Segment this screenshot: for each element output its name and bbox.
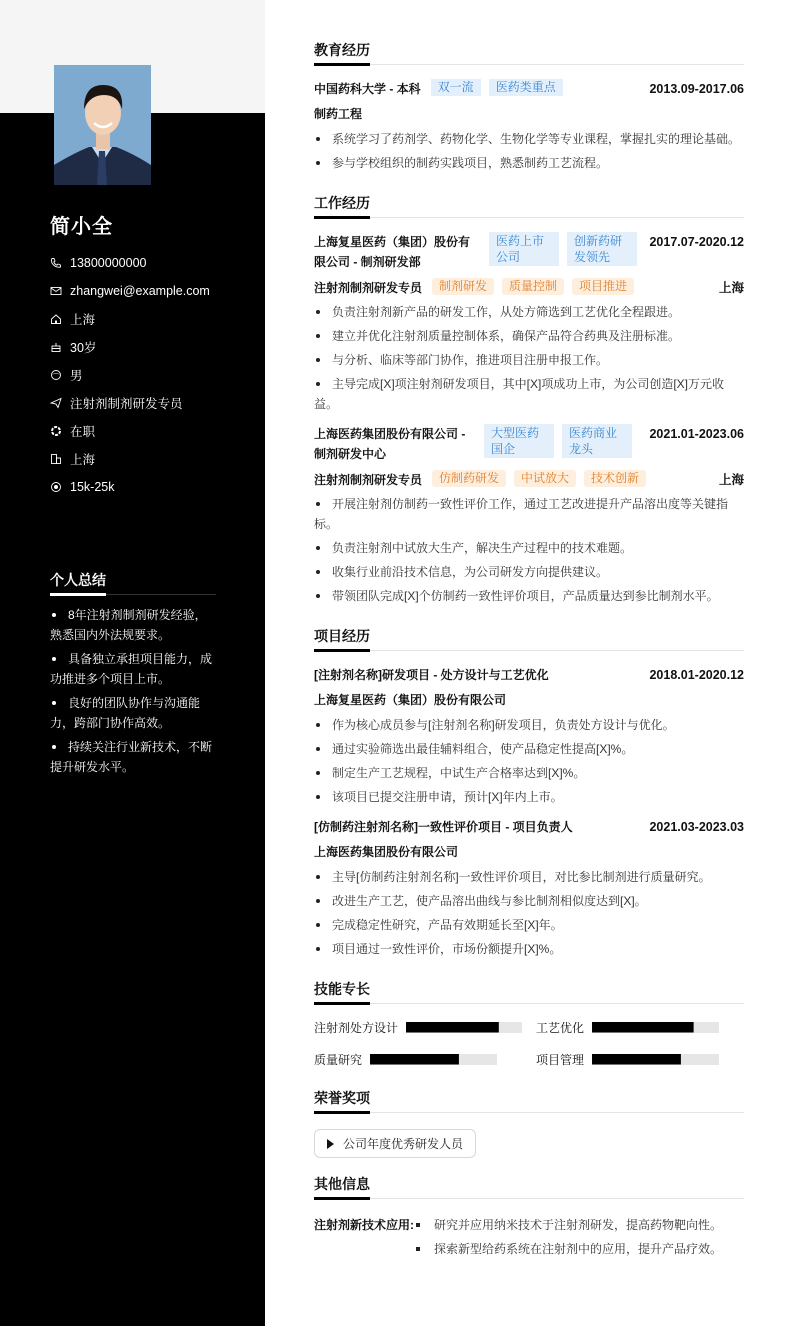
role-tag: 仿制药研发 bbox=[432, 470, 506, 487]
info-position-value: 注射剂制剂研发专员 bbox=[70, 394, 183, 412]
section-divider bbox=[314, 650, 744, 651]
role-tag: 中试放大 bbox=[514, 470, 576, 487]
section-divider bbox=[314, 1112, 744, 1113]
other-label: 注射剂新技术应用: bbox=[314, 1213, 414, 1261]
salary-icon bbox=[50, 481, 62, 493]
role-tag: 质量控制 bbox=[502, 278, 564, 295]
personal-summary: 个人总结 8年注射剂制剂研发经验，熟悉国内外法规要求。 具备独立承担项目能力，成… bbox=[50, 570, 216, 781]
school-tag: 双一流 bbox=[431, 79, 481, 96]
info-phone: 13800000000 bbox=[50, 249, 250, 277]
age-icon bbox=[50, 341, 62, 353]
role-tag: 项目推进 bbox=[572, 278, 634, 295]
work-date: 2021.01-2023.06 bbox=[649, 424, 744, 444]
work-entry: 上海医药集团股份有限公司 - 制剂研发中心 大型医药国企 医药商业龙头 2021… bbox=[314, 424, 744, 606]
home-icon bbox=[50, 313, 62, 325]
info-age: 30岁 bbox=[50, 333, 250, 361]
section-divider bbox=[314, 1198, 744, 1199]
education-header: 中国药科大学 - 本科 双一流 医药类重点 2013.09-2017.06 bbox=[314, 79, 744, 99]
project-name: [仿制药注射剂名称]一致性评价项目 - 项目负责人 bbox=[314, 817, 573, 837]
city-icon bbox=[50, 453, 62, 465]
summary-divider bbox=[50, 594, 216, 595]
skill-item: 项目管理 bbox=[536, 1050, 744, 1068]
section-divider bbox=[314, 1003, 744, 1004]
project-bullet: 完成稳定性研究，产品有效期延长至[X]年。 bbox=[314, 915, 744, 935]
work-bullet: 负责注射剂中试放大生产，解决生产过程中的技术难题。 bbox=[314, 538, 744, 558]
project-bullet: 项目通过一致性评价，市场份额提升[X]%。 bbox=[314, 939, 744, 959]
skill-bar-fill bbox=[406, 1022, 499, 1033]
info-status-value: 在职 bbox=[70, 422, 95, 440]
work-bullet: 主导完成[X]项注射剂研发项目，其中[X]项成功上市，为公司创造[X]万元收益。 bbox=[314, 374, 744, 414]
work-location: 上海 bbox=[719, 278, 744, 298]
contact-info-list: 13800000000 zhangwei@example.com 上海 30岁 … bbox=[50, 249, 250, 501]
project-bullet: 通过实验筛选出最佳辅料组合，使产品稳定性提高[X]%。 bbox=[314, 739, 744, 759]
info-home-value: 上海 bbox=[70, 310, 95, 328]
company-tag: 大型医药国企 bbox=[484, 424, 554, 458]
project-entry: [注射剂名称]研发项目 - 处方设计与工艺优化 2018.01-2020.12 … bbox=[314, 665, 744, 807]
gender-icon bbox=[50, 369, 62, 381]
education-bullet: 系统学习了药剂学、药物化学、生物化学等专业课程，掌握扎实的理论基础。 bbox=[314, 129, 744, 149]
work-entry: 上海复星医药（集团）股份有限公司 - 制剂研发部 医药上市公司 创新药研发领先 … bbox=[314, 232, 744, 414]
project-bullet: 主导[仿制药注射剂名称]一致性评价项目，对比参比制剂进行质量研究。 bbox=[314, 867, 744, 887]
info-home: 上海 bbox=[50, 305, 250, 333]
sidebar: 简小全 13800000000 zhangwei@example.com 上海 … bbox=[0, 0, 265, 1326]
work-section: 工作经历 上海复星医药（集团）股份有限公司 - 制剂研发部 医药上市公司 创新药… bbox=[314, 193, 744, 606]
other-section: 其他信息 注射剂新技术应用: 研究并应用纳米技术于注射剂研发，提高药物靶向性。 … bbox=[314, 1174, 744, 1261]
role-tag: 技术创新 bbox=[584, 470, 646, 487]
info-age-value: 30岁 bbox=[70, 338, 96, 356]
skill-name: 质量研究 bbox=[314, 1051, 362, 1068]
skill-bar bbox=[592, 1022, 719, 1033]
work-bullet: 带领团队完成[X]个仿制药一致性评价项目，产品质量达到参比制剂水平。 bbox=[314, 586, 744, 606]
skill-item: 质量研究 bbox=[314, 1050, 536, 1068]
info-status: 在职 bbox=[50, 417, 250, 445]
work-bullet: 与分析、临床等部门协作，推进项目注册申报工作。 bbox=[314, 350, 744, 370]
skill-name: 工艺优化 bbox=[536, 1019, 584, 1036]
project-bullet: 作为核心成员参与[注射剂名称]研发项目，负责处方设计与优化。 bbox=[314, 715, 744, 735]
projects-section: 项目经历 [注射剂名称]研发项目 - 处方设计与工艺优化 2018.01-202… bbox=[314, 626, 744, 959]
project-entry: [仿制药注射剂名称]一致性评价项目 - 项目负责人 2021.03-2023.0… bbox=[314, 817, 744, 959]
job-role: 注射剂制剂研发专员 bbox=[314, 278, 422, 298]
education-date: 2013.09-2017.06 bbox=[649, 79, 744, 99]
info-city: 上海 bbox=[50, 445, 250, 473]
section-title: 荣誉奖项 bbox=[314, 1088, 744, 1112]
avatar bbox=[54, 65, 151, 185]
education-bullet: 参与学校组织的制药实践项目，熟悉制药工艺流程。 bbox=[314, 153, 744, 173]
phone-icon bbox=[50, 257, 62, 269]
other-item: 研究并应用纳米技术于注射剂研发，提高药物靶向性。 bbox=[414, 1213, 722, 1237]
skill-bar-fill bbox=[370, 1054, 459, 1065]
info-email-value: zhangwei@example.com bbox=[70, 284, 210, 298]
summary-item: 良好的团队协作与沟通能力，跨部门协作高效。 bbox=[50, 693, 216, 733]
work-bullet: 收集行业前沿技术信息，为公司研发方向提供建议。 bbox=[314, 562, 744, 582]
project-date: 2018.01-2020.12 bbox=[649, 665, 744, 685]
skill-bar bbox=[406, 1022, 522, 1033]
section-title: 项目经历 bbox=[314, 626, 744, 650]
work-bullet: 建立并优化注射剂质量控制体系，确保产品符合药典及注册标准。 bbox=[314, 326, 744, 346]
job-role: 注射剂制剂研发专员 bbox=[314, 470, 422, 490]
project-name: [注射剂名称]研发项目 - 处方设计与工艺优化 bbox=[314, 665, 549, 685]
skill-bar bbox=[370, 1054, 497, 1065]
award-item: 公司年度优秀研发人员 bbox=[314, 1129, 476, 1158]
work-date: 2017.07-2020.12 bbox=[649, 232, 744, 252]
award-label: 公司年度优秀研发人员 bbox=[343, 1135, 463, 1152]
main-content: 教育经历 中国药科大学 - 本科 双一流 医药类重点 2013.09-2017.… bbox=[314, 40, 744, 1281]
section-title: 工作经历 bbox=[314, 193, 744, 217]
skill-item: 注射剂处方设计 bbox=[314, 1018, 536, 1036]
info-salary: 15k-25k bbox=[50, 473, 250, 501]
summary-item: 持续关注行业新技术，不断提升研发水平。 bbox=[50, 737, 216, 777]
section-title: 其他信息 bbox=[314, 1174, 744, 1198]
work-bullet: 开展注射剂仿制药一致性评价工作，通过工艺改进提升产品溶出度等关键指标。 bbox=[314, 494, 744, 534]
info-email: zhangwei@example.com bbox=[50, 277, 250, 305]
section-divider bbox=[314, 64, 744, 65]
info-gender-value: 男 bbox=[70, 366, 83, 384]
mail-icon bbox=[50, 285, 62, 297]
project-bullet: 制定生产工艺规程，中试生产合格率达到[X]%。 bbox=[314, 763, 744, 783]
info-city-value: 上海 bbox=[70, 450, 95, 468]
project-bullet: 该项目已提交注册申请，预计[X]年内上市。 bbox=[314, 787, 744, 807]
project-bullet: 改进生产工艺，使产品溶出曲线与参比制剂相似度达到[X]。 bbox=[314, 891, 744, 911]
skill-item: 工艺优化 bbox=[536, 1018, 744, 1036]
skill-bar-fill bbox=[592, 1054, 681, 1065]
project-date: 2021.03-2023.03 bbox=[649, 817, 744, 837]
skills-section: 技能专长 注射剂处方设计 工艺优化 质量研究 项目管理 bbox=[314, 979, 744, 1068]
info-salary-value: 15k-25k bbox=[70, 480, 114, 494]
skill-bar bbox=[592, 1054, 719, 1065]
skill-bar-fill bbox=[592, 1022, 694, 1033]
section-title: 技能专长 bbox=[314, 979, 744, 1003]
status-icon bbox=[50, 425, 62, 437]
school-name: 中国药科大学 - 本科 bbox=[314, 79, 421, 99]
summary-item: 具备独立承担项目能力，成功推进多个项目上市。 bbox=[50, 649, 216, 689]
work-bullet: 负责注射剂新产品的研发工作，从处方筛选到工艺优化全程跟进。 bbox=[314, 302, 744, 322]
major: 制药工程 bbox=[314, 105, 744, 123]
summary-title: 个人总结 bbox=[50, 570, 216, 594]
candidate-name: 简小全 bbox=[50, 210, 113, 239]
section-divider bbox=[314, 217, 744, 218]
summary-item: 8年注射剂制剂研发经验，熟悉国内外法规要求。 bbox=[50, 605, 216, 645]
section-title: 教育经历 bbox=[314, 40, 744, 64]
skill-name: 注射剂处方设计 bbox=[314, 1019, 398, 1036]
awards-section: 荣誉奖项 公司年度优秀研发人员 bbox=[314, 1088, 744, 1158]
company-tag: 医药上市公司 bbox=[489, 232, 559, 266]
company-tag: 医药商业龙头 bbox=[562, 424, 632, 458]
position-icon bbox=[50, 397, 62, 409]
project-company: 上海复星医药（集团）股份有限公司 bbox=[314, 691, 744, 709]
project-company: 上海医药集团股份有限公司 bbox=[314, 843, 744, 861]
company-name: 上海复星医药（集团）股份有限公司 - 制剂研发部 bbox=[314, 232, 479, 272]
other-item: 探索新型给药系统在注射剂中的应用，提升产品疗效。 bbox=[414, 1237, 722, 1261]
triangle-icon bbox=[327, 1139, 334, 1149]
company-name: 上海医药集团股份有限公司 - 制剂研发中心 bbox=[314, 424, 474, 464]
info-phone-value: 13800000000 bbox=[70, 256, 146, 270]
skill-name: 项目管理 bbox=[536, 1051, 584, 1068]
work-location: 上海 bbox=[719, 470, 744, 490]
info-position: 注射剂制剂研发专员 bbox=[50, 389, 250, 417]
education-section: 教育经历 中国药科大学 - 本科 双一流 医药类重点 2013.09-2017.… bbox=[314, 40, 744, 173]
company-tag: 创新药研发领先 bbox=[567, 232, 637, 266]
school-tag: 医药类重点 bbox=[489, 79, 563, 96]
role-tag: 制剂研发 bbox=[432, 278, 494, 295]
info-gender: 男 bbox=[50, 361, 250, 389]
